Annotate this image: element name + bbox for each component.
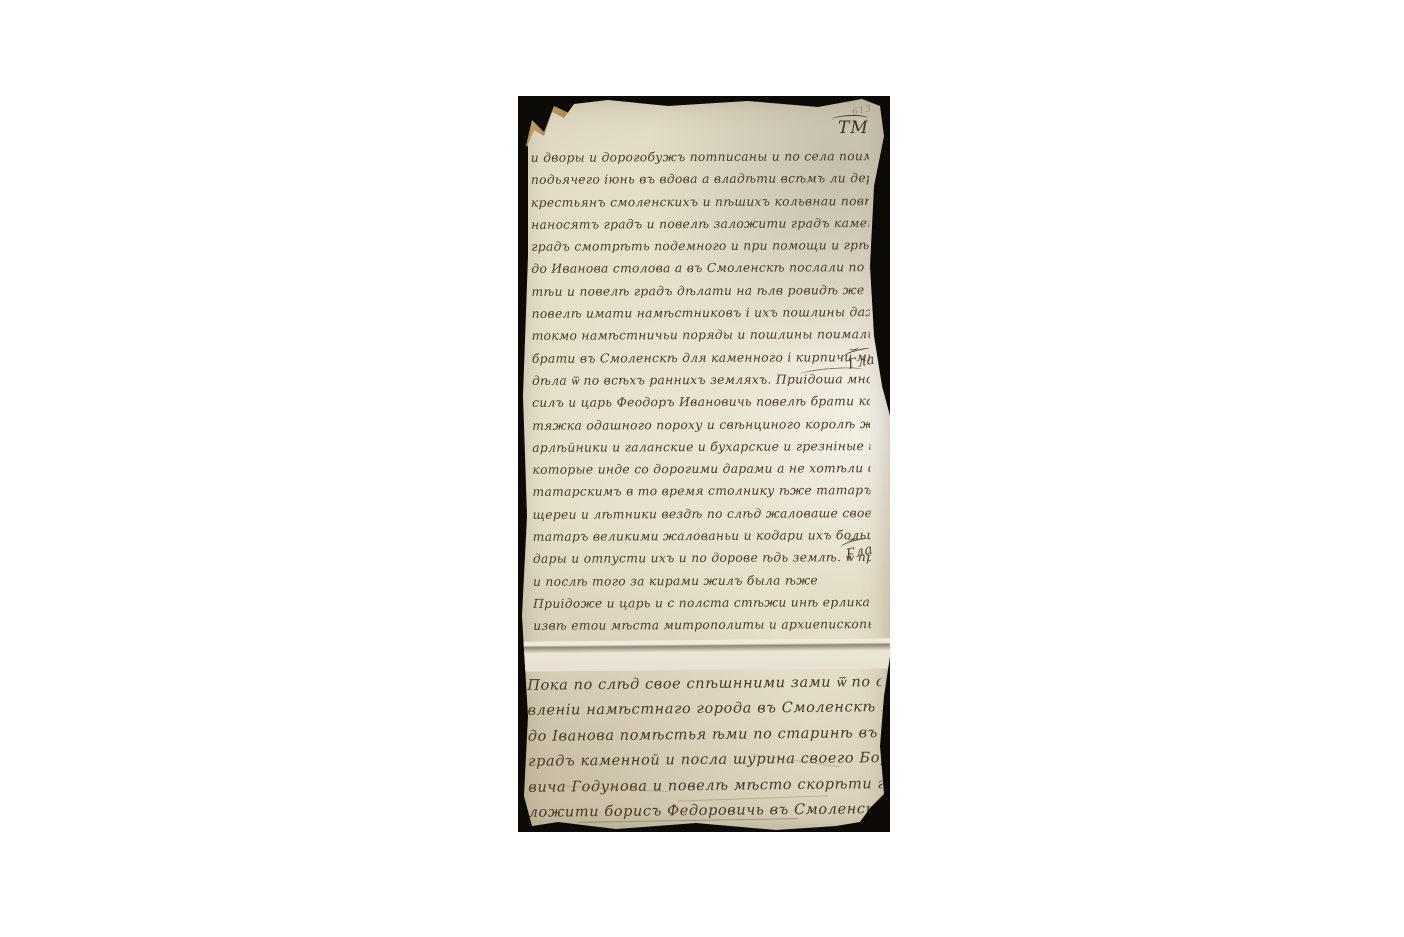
photo-seam xyxy=(520,638,890,671)
manuscript-line: и послѣ того за кирами жилъ была ѣже xyxy=(533,569,871,593)
manuscript-line: татарскимъ в то время столнику ѣже татар… xyxy=(532,480,870,504)
manuscript-line: щереи и лѣтники вездѣ по слѣд жаловаше с… xyxy=(533,502,871,526)
lower-text-block: Пока по слѣд свое спѣшнними зами ѿ по ст… xyxy=(527,670,883,830)
upper-text-block: и дворы и дорогобужъ потписаны и по села… xyxy=(531,145,872,641)
manuscript-line: тяжка одашного пороху и свѣнциного корол… xyxy=(532,413,870,437)
manuscript-line: до Іванова помѣстья ѣми по старинѣ въ См… xyxy=(528,721,882,750)
manuscript-line: Приідоже и царь и с полста стѣжи инѣ ерл… xyxy=(533,591,871,615)
manuscript-line: татаръ великими жалованьи и кодари ихъ б… xyxy=(533,524,871,548)
manuscript-line: крестьянъ смоленскихъ и пѣшихъ кольвнаи … xyxy=(531,190,869,214)
manuscript-line: арлѣйники и галанские и бухарские и грез… xyxy=(532,435,870,459)
manuscript-line: градъ каменной и посла шурина своего Бор… xyxy=(528,746,882,775)
manuscript-line: дары и отпусти ихъ и по дорове ѣдь землѣ… xyxy=(533,546,871,570)
manuscript-line: вленіи намѣстнаго города въ Смоленскѣ Цр… xyxy=(527,696,881,725)
manuscript-line: тѣи и повелѣ градъ дѣлати на ѣлв ровидѣ … xyxy=(531,279,869,303)
manuscript-line: градъ смотрѣть подемного и при помощи и … xyxy=(531,234,869,258)
manuscript-line: Пока по слѣд свое спѣшнними зами ѿ по ст… xyxy=(527,670,881,699)
manuscript-line: наносятъ градъ и повелѣ заложити градъ к… xyxy=(531,212,869,236)
manuscript-line: и дворы и дорогобужъ потписаны и по села… xyxy=(531,145,869,169)
manuscript-line: которые инде со дорогими дарами а не хот… xyxy=(532,457,870,481)
manuscript-line: силъ и царь Феодоръ Ивановичь повелѣ бра… xyxy=(532,390,870,414)
manuscript-line: до Иванова столова а въ Смоленскѣ послал… xyxy=(531,257,869,281)
manuscript-line: повелѣ имати намѣстниковъ і ихъ пошлины … xyxy=(532,301,870,325)
manuscript-line: подьячего іюнь въ вдова а владѣти всѣмъ … xyxy=(531,167,869,191)
manuscript-paper: 613 ТМ и дворы и дорогобужъ потписаны и … xyxy=(518,96,890,832)
folio-mark: ТМ xyxy=(838,118,869,138)
manuscript-line: извѣ етои мѣста митрополиты и архиеписко… xyxy=(533,613,871,637)
manuscript-line: брати въ Смоленскѣ для каменного і кирпи… xyxy=(532,346,870,370)
margin-note-chapter: Гла xyxy=(847,351,877,372)
manuscript-line: токмо намѣстничьи поряды и пошлины поима… xyxy=(532,323,870,347)
page-canvas: 613 ТМ и дворы и дорогобужъ потписаны и … xyxy=(0,0,1404,937)
manuscript-photo-backdrop: 613 ТМ и дворы и дорогобужъ потписаны и … xyxy=(518,96,890,832)
